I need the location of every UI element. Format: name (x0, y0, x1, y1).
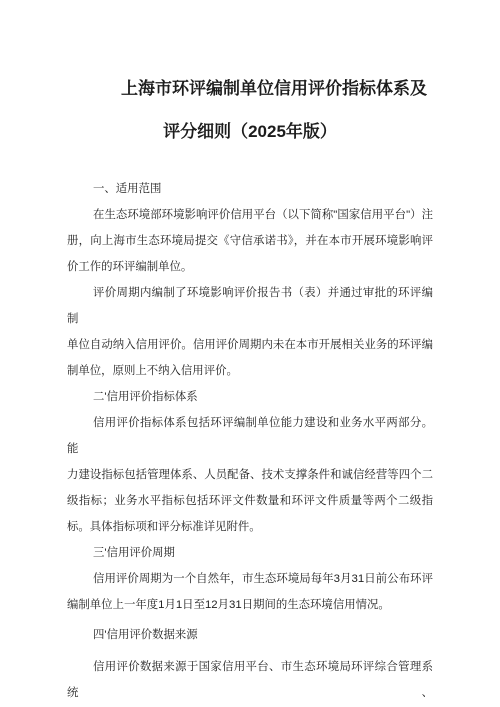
document-title-line-2: 评分细则（2025年版） (67, 110, 433, 153)
section-3-para-1-line-2: 编制单位上一年度1月1日至12月31日期间的生态环境信用情况。 (67, 592, 433, 618)
section-4-heading: 四'信用评价数据来源 (67, 622, 433, 648)
section-2-para-1-line-3: 级指标；业务水平指标包括环评文件数量和环评文件质量等两个二级指 (67, 488, 433, 514)
section-1-para-2-line-1: 评价周期内编制了环境影响评价报告书（表）并通过审批的环评编制 (67, 280, 433, 332)
document-page: 上海市环评编制单位信用评价指标体系及 评分细则（2025年版） 一、适用范围 在… (0, 0, 500, 707)
section-1-para-2-line-2: 单位自动纳入信用评价。信用评价周期内未在本市开展相关业务的环评编 (67, 332, 433, 358)
document-body: 一、适用范围 在生态环境部环境影响评价信用平台（以下简称"国家信用平台"）注 册… (67, 176, 433, 706)
document-content: 上海市环评编制单位信用评价指标体系及 评分细则（2025年版） 一、适用范围 在… (67, 0, 433, 706)
section-2-para-1-line-4: 标。具体指标项和评分标准详见附件。 (67, 514, 433, 540)
section-1-para-1-line-1: 在生态环境部环境影响评价信用平台（以下简称"国家信用平台"）注 (67, 202, 433, 228)
section-2-para-1-line-2: 力建设指标包括管理体系、人员配备、技术支撑条件和诚信经营等四个二 (67, 462, 433, 488)
document-title: 上海市环评编制单位信用评价指标体系及 评分细则（2025年版） (67, 67, 433, 153)
section-1-para-1-line-2: 册，向上海市生态环境局提交《守信承诺书》，并在本市开展环境影响评 (67, 228, 433, 254)
document-title-line-1: 上海市环评编制单位信用评价指标体系及 (67, 67, 433, 110)
section-3-para-1-line-1: 信用评价周期为一个自然年，市生态环境局每年3月31日前公布环评 (67, 566, 433, 592)
section-2-heading: 二'信用评价指标体系 (67, 384, 433, 410)
section-1-heading: 一、适用范围 (67, 176, 433, 202)
section-4-para-1-line-1: 信用评价数据来源于国家信用平台、市生态环境局环评综合管理系统、 (67, 654, 433, 706)
section-1-para-2-line-3: 制单位，原则上不纳入信用评价。 (67, 358, 433, 384)
section-2-para-1-line-1: 信用评价指标体系包括环评编制单位能力建设和业务水平两部分。能 (67, 410, 433, 462)
section-1-para-1-line-3: 价工作的环评编制单位。 (67, 254, 433, 280)
section-3-heading: 三'信用评价周期 (67, 540, 433, 566)
